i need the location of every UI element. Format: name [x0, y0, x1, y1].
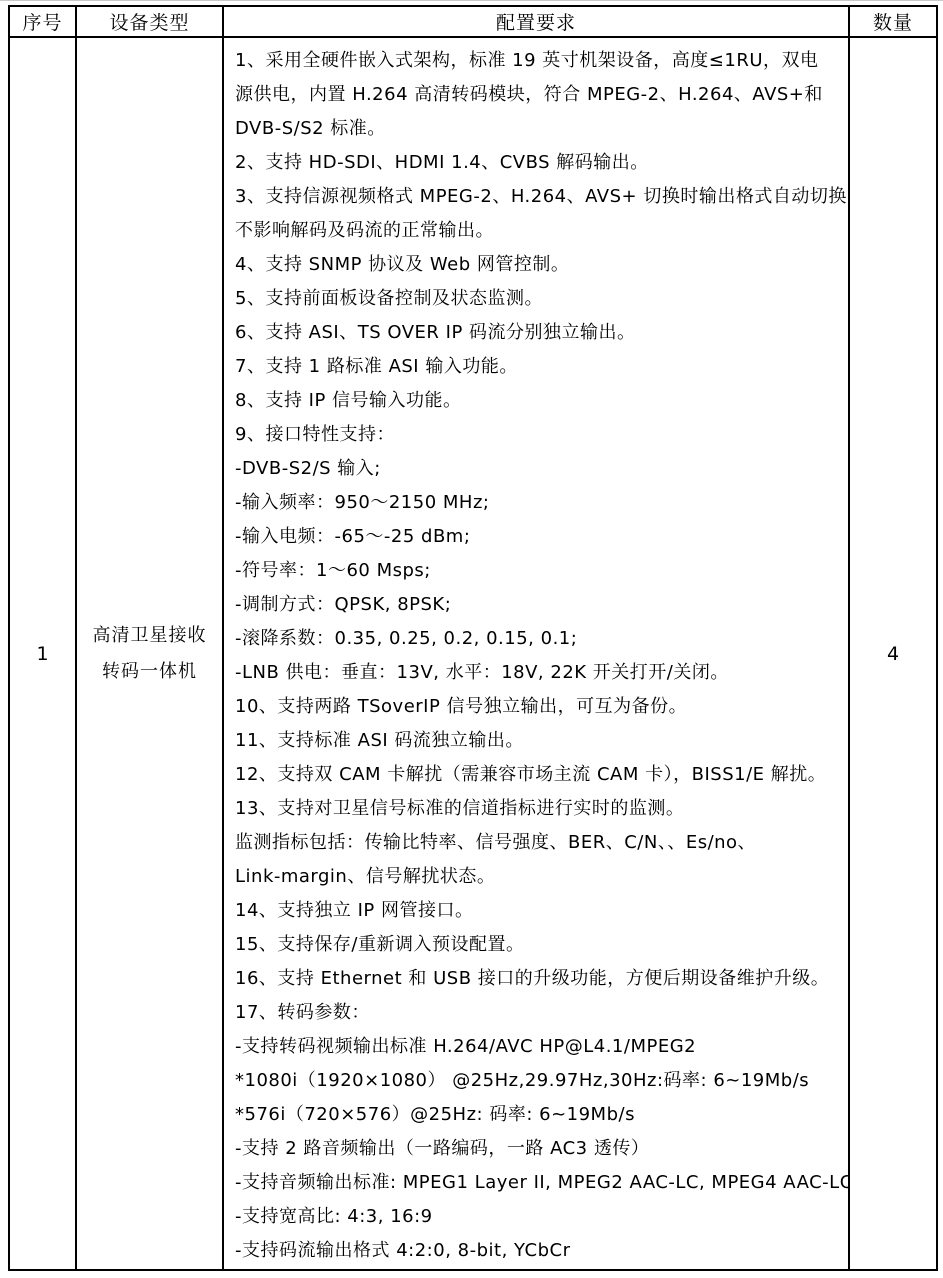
serial-number-cell: 1: [9, 37, 76, 1270]
requirement-line: 13、支持对卫星信号标准的信道指标进行实时的监测。: [235, 792, 842, 826]
requirement-line: 8、支持 IP 信号输入功能。: [235, 384, 842, 418]
requirement-line: 监测指标包括：传输比特率、信号强度、BER、C/N、、Es/no、: [235, 826, 842, 860]
header-device-type: 设备类型: [76, 6, 223, 37]
page-edge-artifact: [0, 0, 943, 1]
document-page: 序号 设备类型 配置要求 数量 1 高清卫星接收转码一体机 1、采用全硬件嵌入式…: [0, 0, 943, 1278]
device-type-cell: 高清卫星接收转码一体机: [76, 37, 223, 1270]
header-quantity: 数量: [849, 6, 937, 37]
requirement-line: -支持 2 路音频输出（一路编码，一路 AC3 透传）: [235, 1132, 842, 1166]
requirement-line: 5、支持前面板设备控制及状态监测。: [235, 282, 842, 316]
requirement-line: 4、支持 SNMP 协议及 Web 网管控制。: [235, 248, 842, 282]
requirement-line: 12、支持双 CAM 卡解扰（需兼容市场主流 CAM 卡），BISS1/E 解扰…: [235, 758, 842, 792]
requirements-cell: 1、采用全硬件嵌入式架构，标准 19 英寸机架设备，高度≤1RU，双电源供电，内…: [223, 37, 849, 1270]
requirement-line: Link-margin、信号解扰状态。: [235, 860, 842, 894]
requirement-line: 17、转码参数：: [235, 996, 842, 1030]
header-serial-number: 序号: [9, 6, 76, 37]
requirement-line: -支持转码视频输出标准 H.264/AVC HP@L4.1/MPEG2: [235, 1030, 842, 1064]
device-type-line: 转码一体机: [77, 654, 222, 690]
requirement-line: -支持码流输出格式 4:2:0, 8-bit, YCbCr: [235, 1234, 842, 1268]
requirement-line: 11、支持标准 ASI 码流独立输出。: [235, 724, 842, 758]
requirement-line: 1、采用全硬件嵌入式架构，标准 19 英寸机架设备，高度≤1RU，双电: [235, 44, 842, 78]
requirement-line: *576i（720×576）@25Hz: 码率: 6~19Mb/s: [235, 1098, 842, 1132]
requirement-line: 14、支持独立 IP 网管接口。: [235, 894, 842, 928]
requirement-line: DVB-S/S2 标准。: [235, 112, 842, 146]
requirement-line: *1080i（1920×1080） @25Hz,29.97Hz,30Hz:码率:…: [235, 1064, 842, 1098]
requirement-line: 7、支持 1 路标准 ASI 输入功能。: [235, 350, 842, 384]
header-row: 序号 设备类型 配置要求 数量: [9, 6, 937, 37]
requirement-line: 15、支持保存/重新调入预设配置。: [235, 928, 842, 962]
requirement-line: 不影响解码及码流的正常输出。: [235, 214, 842, 248]
quantity-cell: 4: [849, 37, 937, 1270]
requirement-line: 16、支持 Ethernet 和 USB 接口的升级功能，方便后期设备维护升级。: [235, 962, 842, 996]
requirement-line: -支持音频输出标准: MPEG1 Layer II, MPEG2 AAC-LC,…: [235, 1166, 842, 1200]
requirement-line: 9、接口特性支持：: [235, 418, 842, 452]
requirement-line: -支持宽高比: 4:3, 16:9: [235, 1200, 842, 1234]
requirement-line: -符号率：1～60 Msps;: [235, 554, 842, 588]
requirement-line: -调制方式：QPSK, 8PSK;: [235, 588, 842, 622]
requirement-line: -输入电频：-65～-25 dBm;: [235, 520, 842, 554]
requirement-line: -滚降系数：0.35, 0.25, 0.2, 0.15, 0.1;: [235, 622, 842, 656]
header-configuration-requirements: 配置要求: [223, 6, 849, 37]
requirement-line: -输入频率：950～2150 MHz;: [235, 486, 842, 520]
requirement-line: 10、支持两路 TSoverIP 信号独立输出，可互为备份。: [235, 690, 842, 724]
requirement-line: -DVB-S2/S 输入;: [235, 452, 842, 486]
table-row: 1 高清卫星接收转码一体机 1、采用全硬件嵌入式架构，标准 19 英寸机架设备，…: [9, 37, 937, 1270]
requirement-line: 6、支持 ASI、TS OVER IP 码流分别独立输出。: [235, 316, 842, 350]
requirement-line: 源供电，内置 H.264 高清转码模块，符合 MPEG-2、H.264、AVS+…: [235, 78, 842, 112]
device-type-line: 高清卫星接收: [77, 618, 222, 654]
requirement-line: 3、支持信源视频格式 MPEG-2、H.264、AVS+ 切换时输出格式自动切换…: [235, 180, 842, 214]
requirement-line: 2、支持 HD-SDI、HDMI 1.4、CVBS 解码输出。: [235, 146, 842, 180]
requirement-line: -LNB 供电：垂直：13V, 水平：18V, 22K 开关打开/关闭。: [235, 656, 842, 690]
equipment-spec-table: 序号 设备类型 配置要求 数量 1 高清卫星接收转码一体机 1、采用全硬件嵌入式…: [8, 5, 938, 1271]
